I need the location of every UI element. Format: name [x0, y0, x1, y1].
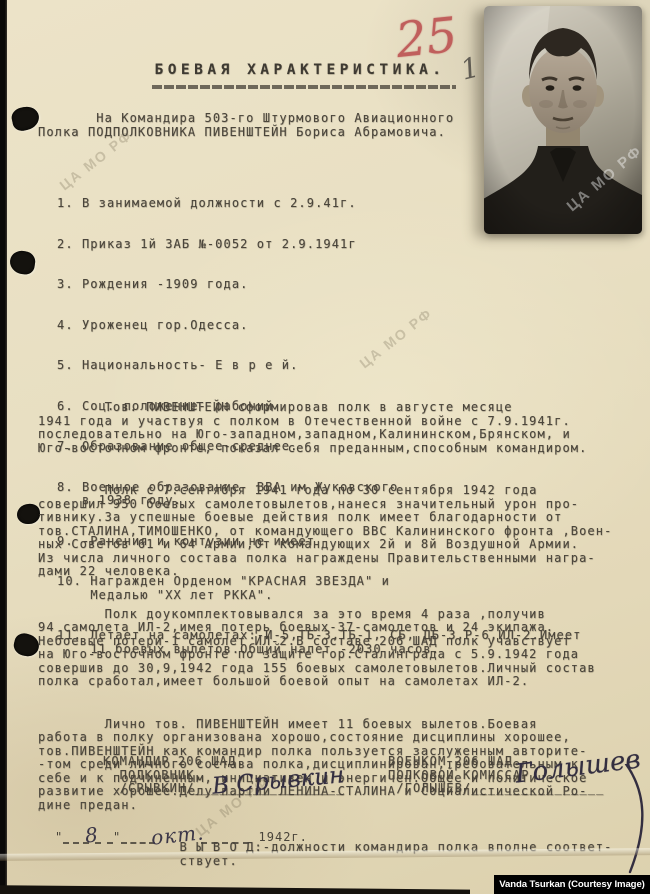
service-record-item: 3. Рождения -1909 года.	[57, 278, 642, 292]
paragraph: Тов. ПИВЕНШТЕЙН сформировав полк в авгус…	[38, 401, 638, 455]
document-scan-page: ЦА МО РФ ЦА МО РФ ЦА МО РФ 25 1	[0, 0, 650, 894]
paragraph: Полк с 7.сентября 1941 года по 30 сентяб…	[38, 484, 638, 579]
punch-hole	[9, 249, 37, 275]
service-record-item: 2. Приказ 1й ЗАБ №-0052 от 2.9.1941г	[57, 238, 642, 252]
credit-bar: Vanda Tsurkan (Courtesy Image)	[494, 875, 650, 894]
service-record-item: 4. Уроженец гор.Одесса.	[57, 319, 642, 333]
typed-year: 1942г.	[259, 830, 308, 844]
date-line: " 8 " окт. 1942г.	[55, 820, 308, 844]
punch-hole	[12, 631, 42, 658]
quote-mark: "	[55, 830, 63, 844]
evaluation-text: Тов. ПИВЕНШТЕЙН сформировав полк в авгус…	[38, 374, 638, 894]
service-record-item: 5. Национальность- Е в р е й.	[57, 359, 642, 373]
paragraph: Полк доукомплектовывался за это время 4 …	[38, 608, 638, 689]
blank-line	[201, 830, 249, 844]
service-record-item: 1. В занимаемой должности с 2.9.41г.	[57, 197, 642, 211]
document-subject: На Командира 503-го Штурмового Авиационн…	[38, 112, 618, 139]
document-title: БОЕВАЯ ХАРАКТЕРИСТИКА.	[110, 64, 490, 78]
quote-mark: "	[113, 830, 121, 844]
title-underline	[150, 85, 456, 89]
red-page-number: 25	[393, 7, 460, 69]
blank-line	[95, 830, 113, 844]
scan-edge-left	[0, 0, 7, 894]
signature-flourish	[612, 764, 650, 876]
punch-hole	[10, 104, 41, 132]
